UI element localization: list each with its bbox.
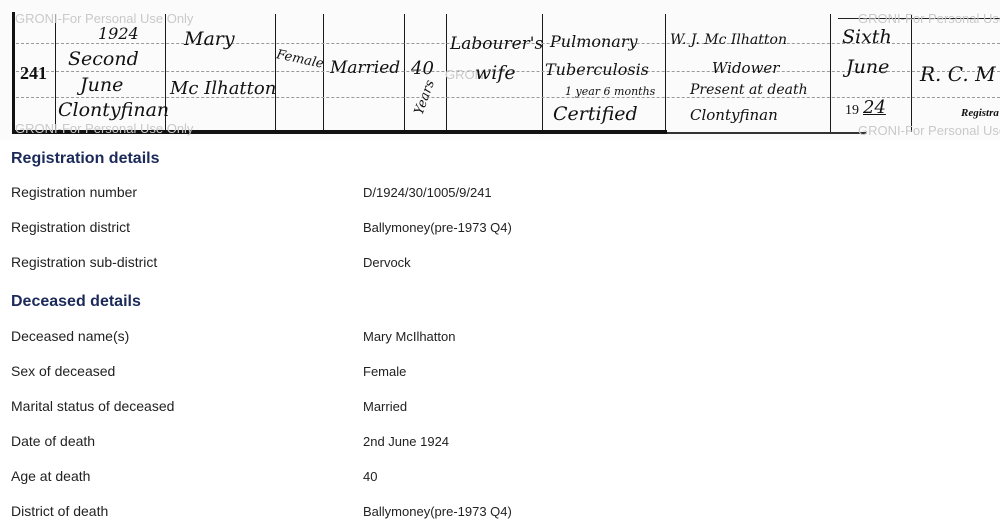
handwritten-cause-line1: Pulmonary: [550, 32, 638, 51]
marital-status-label: Marital status of deceased: [11, 398, 174, 414]
register-column-rule: [665, 14, 666, 132]
date-of-death-label: Date of death: [11, 433, 95, 449]
handwritten-registered-day: Sixth: [842, 26, 892, 48]
age-at-death-label: Age at death: [11, 468, 90, 484]
register-entry-number: 241: [20, 63, 47, 84]
sex-value: Female: [363, 364, 406, 379]
handwritten-age: 40: [411, 58, 434, 79]
deceased-name-label: Deceased name(s): [11, 328, 129, 344]
watermark: GRONI-For Personal Use: [858, 123, 1000, 138]
handwritten-profession-line2: wife: [475, 62, 516, 84]
handwritten-place: Clontyfinan: [58, 99, 169, 121]
register-column-rule: [911, 14, 912, 132]
registration-subdistrict-label: Registration sub-district: [11, 254, 157, 270]
handwritten-cause-line2: Tuberculosis: [545, 60, 649, 79]
age-at-death-value: 40: [363, 469, 377, 484]
register-column-rule: [404, 14, 405, 132]
handwritten-informant-residence: Clontyfinan: [690, 106, 778, 124]
marital-status-value: Married: [363, 399, 407, 414]
registration-district-label: Registration district: [11, 219, 130, 235]
registration-subdistrict-value: Dervock: [363, 255, 411, 270]
handwritten-profession-line1: Labourer's: [450, 34, 543, 54]
handwritten-surname: Mc Ilhatton: [170, 78, 276, 99]
handwritten-sex: Female: [275, 47, 325, 72]
handwritten-informant-name: W. J. Mc Ilhatton: [670, 32, 787, 48]
handwritten-registered-year: 24: [863, 97, 886, 118]
handwritten-condition: Married: [330, 58, 400, 78]
handwritten-month: June: [80, 74, 123, 96]
register-column-rule: [323, 14, 324, 132]
district-of-death-label: District of death: [11, 503, 108, 519]
deceased-details-heading: Deceased details: [11, 293, 141, 311]
district-of-death-value: Ballymoney(pre-1973 Q4): [363, 504, 512, 519]
registrar-label: Registra: [961, 107, 999, 119]
deceased-name-value: Mary McIlhatton: [363, 329, 455, 344]
registration-district-value: Ballymoney(pre-1973 Q4): [363, 220, 512, 235]
handwritten-informant-presence: Present at death: [690, 82, 808, 98]
printed-year-prefix: 19: [845, 103, 859, 119]
handwritten-cause-duration: 1 year 6 months: [565, 85, 655, 98]
register-scan-image: GRONI-For Personal Use Only GRONI-For Pe…: [0, 0, 1000, 140]
handwritten-cause-certified: Certified: [553, 103, 638, 125]
handwritten-day: Second: [68, 48, 139, 70]
registration-number-value: D/1924/30/1005/9/241: [363, 185, 492, 200]
handwritten-year: 1924: [98, 24, 139, 43]
registrar-signature: R. C. M: [920, 62, 996, 86]
watermark: GRONI-For Personal Use: [858, 11, 1000, 26]
register-border-bottom: [667, 132, 867, 134]
registration-number-label: Registration number: [11, 184, 137, 200]
handwritten-registered-month: June: [846, 56, 889, 78]
handwritten-forename: Mary: [184, 28, 235, 50]
sex-label: Sex of deceased: [11, 363, 115, 379]
register-column-rule: [542, 14, 543, 132]
register-border-left: [12, 12, 15, 134]
register-column-rule: [830, 14, 831, 132]
date-of-death-value: 2nd June 1924: [363, 434, 449, 449]
watermark: GRONI-For Personal Use Only: [15, 121, 193, 136]
register-column-rule: [275, 14, 276, 132]
registration-details-heading: Registration details: [11, 150, 159, 168]
handwritten-informant-relation: Widower: [712, 59, 779, 77]
register-guide-line: [16, 97, 1000, 98]
register-column-rule: [55, 14, 56, 132]
